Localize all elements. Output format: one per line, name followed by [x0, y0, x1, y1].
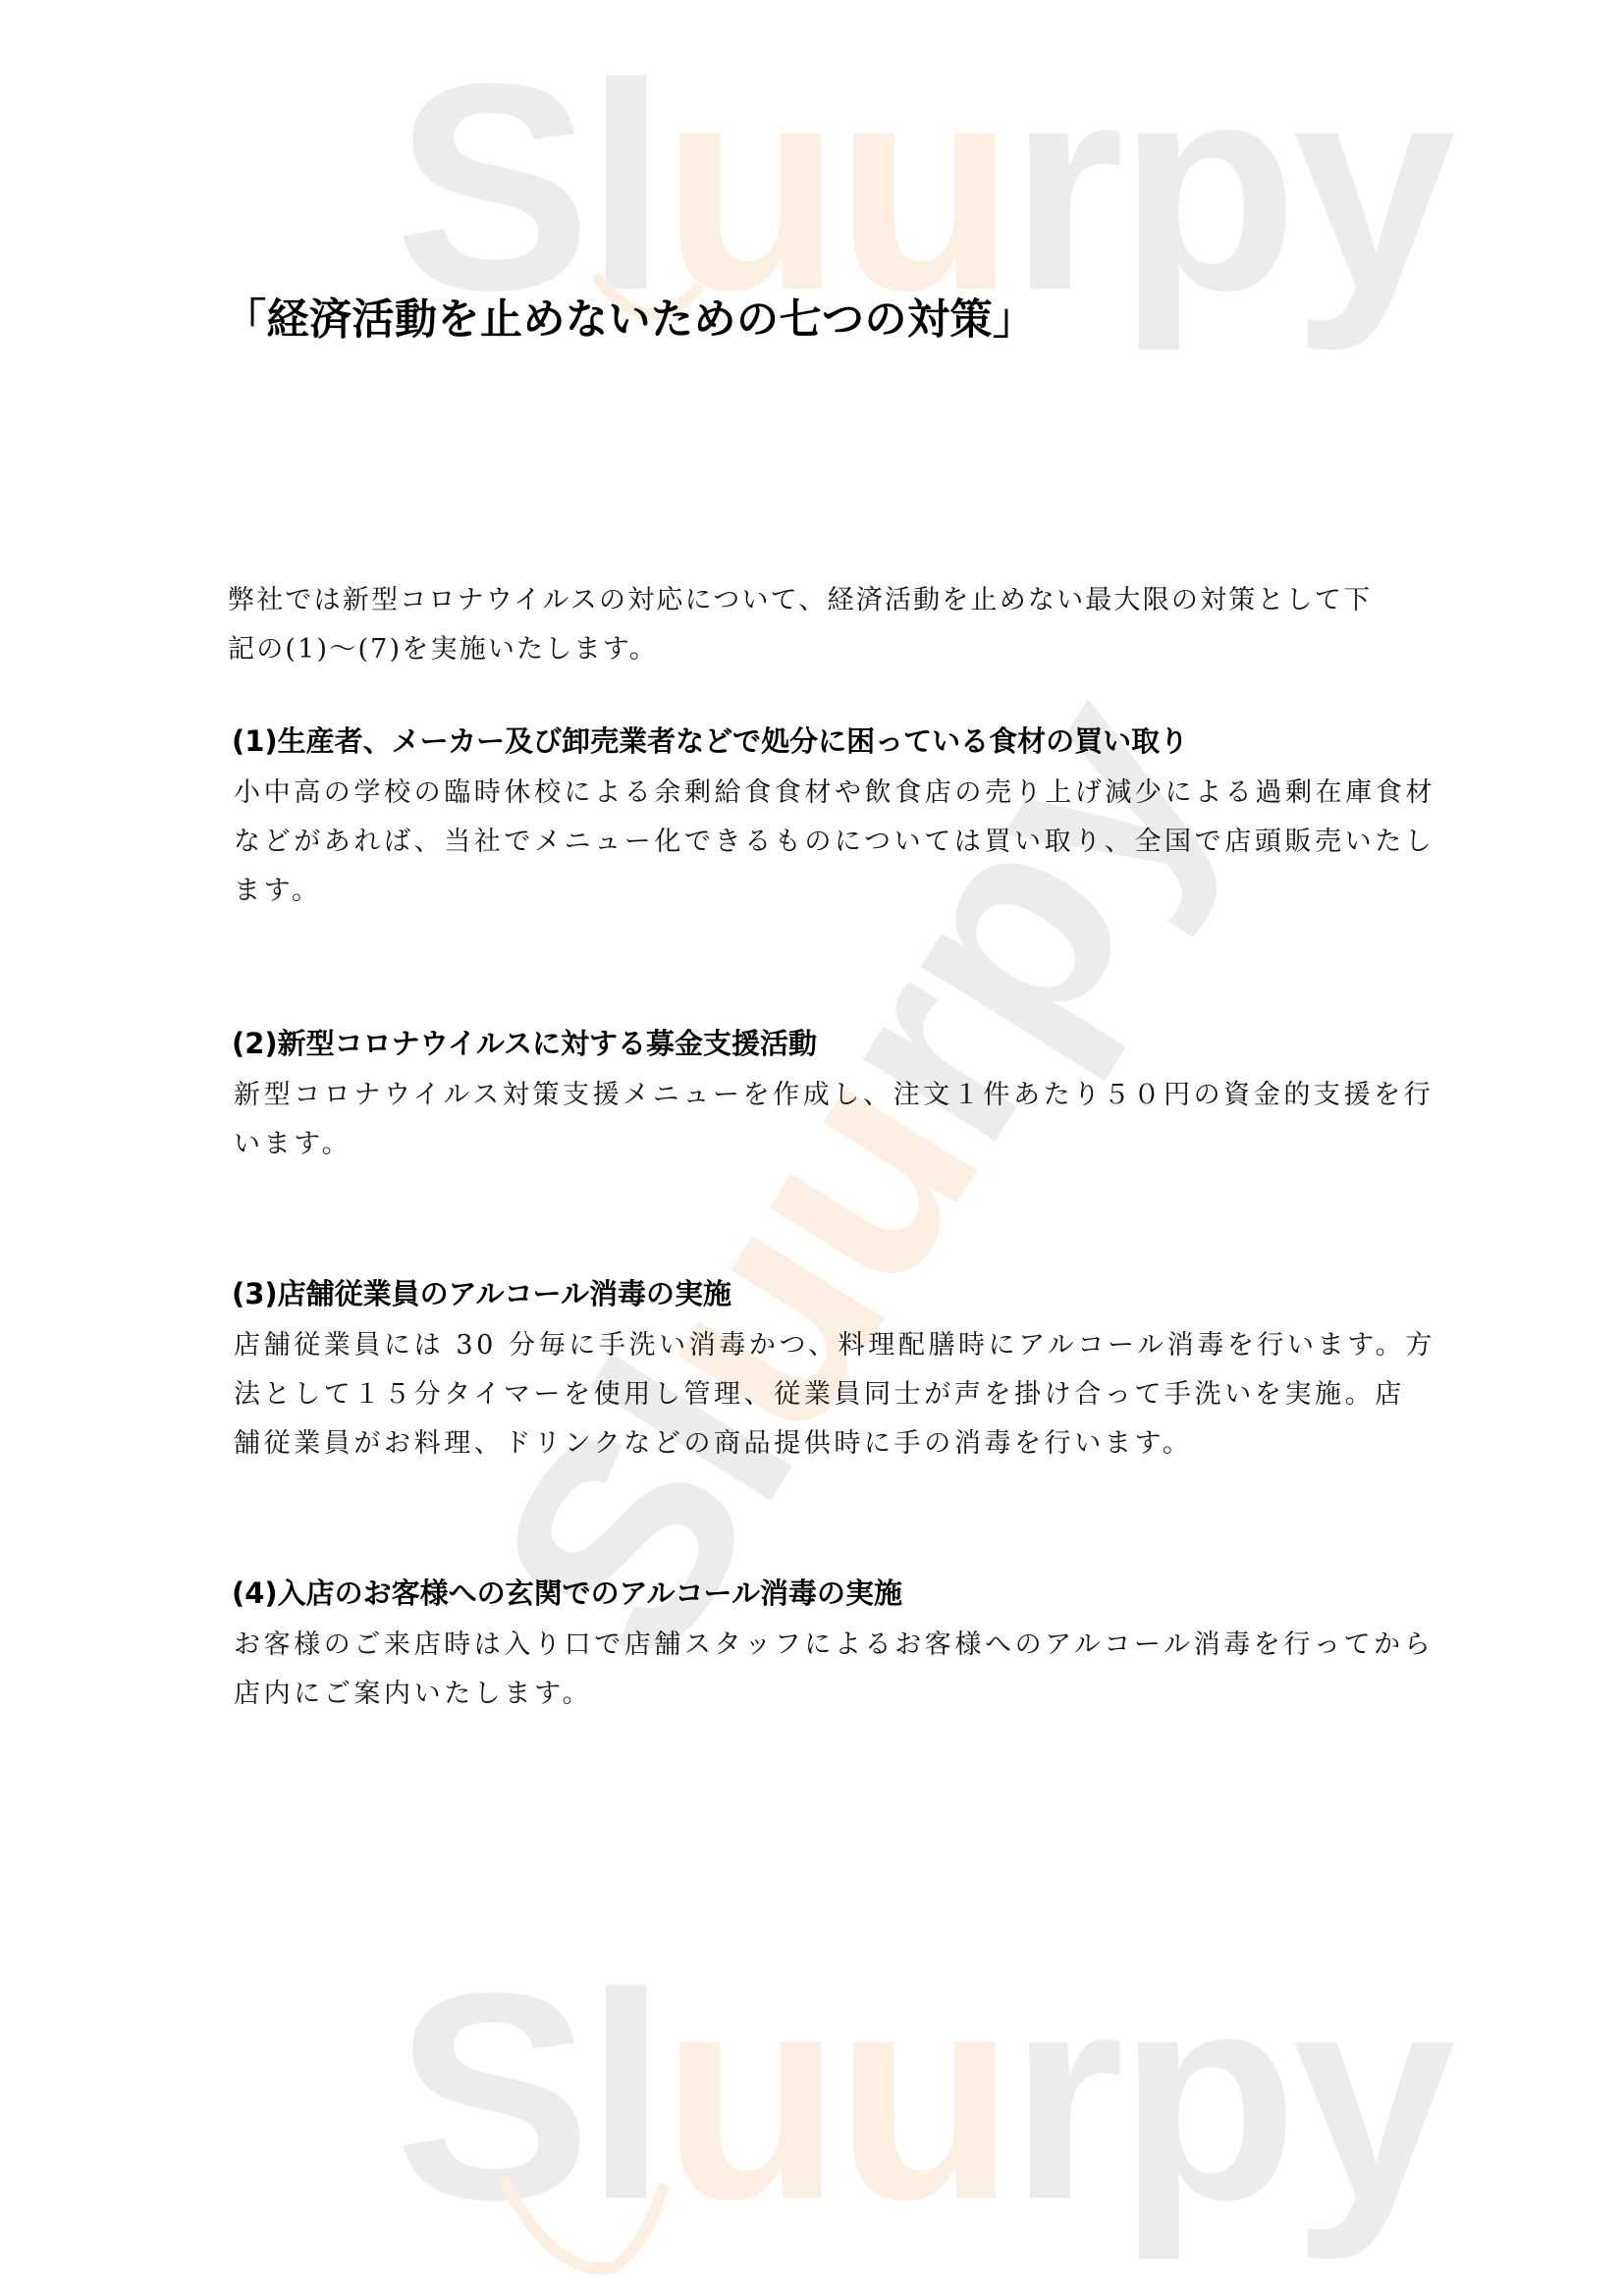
body-line: 小中高の学校の臨時休校による余剰給食食材や飲食店の売り上げ減少による過剰在庫食材: [234, 769, 1410, 818]
section-heading: (3)店舗従業員のアルコール消毒の実施: [232, 1274, 1410, 1313]
section-heading: (1)生産者、メーカー及び卸売業者などで処分に困っている食材の買い取り: [232, 721, 1410, 761]
body-line: などがあれば、当社でメニュー化できるものについては買い取り、全国で店頭販売いたし: [234, 818, 1410, 867]
section-heading: (4)入店のお客様への玄関でのアルコール消毒の実施: [232, 1574, 1410, 1613]
body-line: 新型コロナウイルス対策支援メニューを作成し、注文１件あたり５０円の資金的支援を行: [234, 1071, 1410, 1120]
document-title: 「経済活動を止めないための七つの対策」: [224, 293, 1036, 347]
section-staff-disinfection: (3)店舗従業員のアルコール消毒の実施 店舗従業員には 30 分毎に手洗い消毒か…: [232, 1274, 1410, 1468]
section-food-purchase: (1)生産者、メーカー及び卸売業者などで処分に困っている食材の買い取り 小中高の…: [232, 721, 1410, 916]
document-page: 「経済活動を止めないための七つの対策」 弊社では新型コロナウイルスの対応について…: [0, 0, 1624, 2296]
section-body: 小中高の学校の臨時休校による余剰給食食材や飲食店の売り上げ減少による過剰在庫食材…: [234, 769, 1410, 916]
section-body: 店舗従業員には 30 分毎に手洗い消毒かつ、料理配膳時にアルコール消毒を行います…: [234, 1321, 1410, 1468]
section-body: 新型コロナウイルス対策支援メニューを作成し、注文１件あたり５０円の資金的支援を行…: [234, 1071, 1410, 1169]
intro-line: 弊社では新型コロナウイルスの対応について、経済活動を止めない最大限の対策として下: [228, 576, 1406, 625]
intro-paragraph: 弊社では新型コロナウイルスの対応について、経済活動を止めない最大限の対策として下…: [228, 576, 1406, 674]
body-line: ます。: [234, 867, 1410, 916]
body-line: お客様のご来店時は入り口で店舗スタッフによるお客様へのアルコール消毒を行ってから: [234, 1621, 1410, 1670]
section-body: お客様のご来店時は入り口で店舗スタッフによるお客様へのアルコール消毒を行ってから…: [234, 1621, 1410, 1719]
body-line: 店舗従業員には 30 分毎に手洗い消毒かつ、料理配膳時にアルコール消毒を行います…: [234, 1321, 1410, 1370]
section-customer-disinfection: (4)入店のお客様への玄関でのアルコール消毒の実施 お客様のご来店時は入り口で店…: [232, 1574, 1410, 1719]
body-line: 法として１５分タイマーを使用し管理、従業員同士が声を掛け合って手洗いを実施。店: [234, 1370, 1410, 1419]
section-donation-support: (2)新型コロナウイルスに対する募金支援活動 新型コロナウイルス対策支援メニュー…: [232, 1024, 1410, 1169]
section-heading: (2)新型コロナウイルスに対する募金支援活動: [232, 1024, 1410, 1063]
body-line: います。: [234, 1120, 1410, 1169]
body-line: 店内にご案内いたします。: [234, 1670, 1410, 1719]
intro-line: 記の(1)～(7)を実施いたします。: [228, 625, 1406, 674]
body-line: 舗従業員がお料理、ドリンクなどの商品提供時に手の消毒を行います。: [234, 1419, 1410, 1468]
